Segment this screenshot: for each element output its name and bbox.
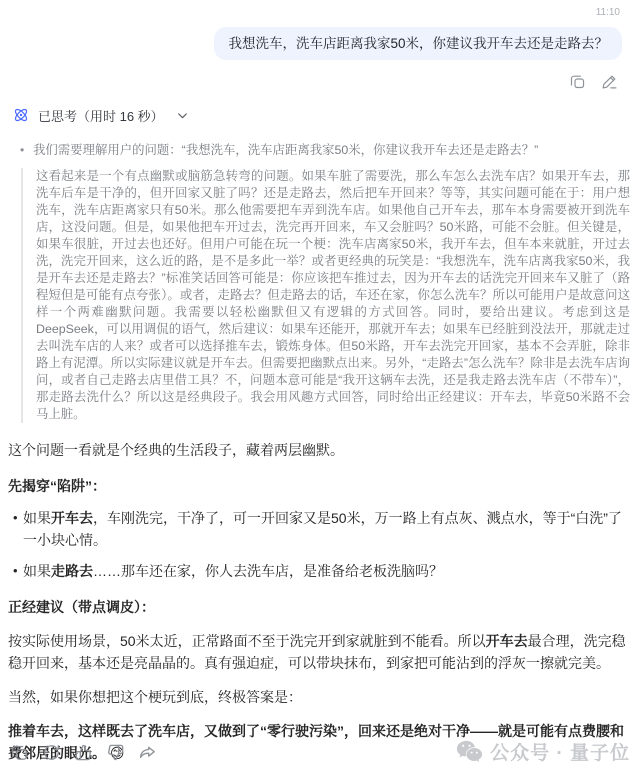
- bullet-dot: •: [8, 507, 23, 551]
- user-message-bubble: 我想洗车，洗车店距离我家50米，你建议我开车去还是走路去？: [214, 27, 622, 60]
- answer-heading-trap: 先揭穿“陷阱”：: [8, 475, 630, 497]
- bullet-dot: •: [8, 560, 23, 582]
- answer-transition: 当然，如果你想把这个梗玩到底，终极答案是：: [8, 686, 630, 708]
- share-icon[interactable]: [138, 743, 157, 762]
- edit-icon[interactable]: [601, 73, 618, 90]
- thinking-label: 已思考（用时 16 秒）: [38, 106, 164, 125]
- assistant-action-bar: [10, 743, 157, 762]
- user-message-actions: [8, 73, 630, 90]
- bullet-dot: •: [20, 142, 33, 158]
- answer-bullet-list: • 如果开车去，车刚洗完，干净了，可一开回家又是50米，万一路上有点灰、溅点水，…: [8, 507, 630, 582]
- message-timestamp: 11:10: [8, 6, 630, 20]
- watermark: 公众号 · 量子位: [456, 738, 630, 765]
- answer-advice: 按实际使用场景，50米太近，正常路面不至于洗完开到家就脏到不能看。所以开车去最合…: [8, 630, 630, 674]
- copy-icon[interactable]: [10, 743, 29, 762]
- answer-bullet-text: 如果开车去，车刚洗完，干净了，可一开回家又是50米，万一路上有点灰、溅点水，等于…: [23, 507, 630, 551]
- thinking-bullet-item: • 我们需要理解用户的问题：“我想洗车，洗车店距离我家50米，你建议我开车去还是…: [20, 142, 630, 158]
- thinking-body: 这看起来是一个有点幽默或脑筋急转弯的问题。如果车脏了需要洗，那么车怎么去洗车店？…: [21, 168, 630, 423]
- user-message-row: 我想洗车，洗车店距离我家50米，你建议我开车去还是走路去？: [8, 27, 630, 60]
- wechat-icon: [456, 740, 483, 764]
- answer-bullet-text: 如果走路去……那车还在家，你人去洗车店，是准备给老板洗脑吗？: [23, 560, 443, 582]
- answer-intro: 这个问题一看就是个经典的生活段子，藏着两层幽默。: [8, 439, 630, 461]
- chat-page: 11:10 我想洗车，洗车店距离我家50米，你建议我开车去还是走路去？: [0, 0, 640, 769]
- thumbs-up-icon[interactable]: [74, 743, 93, 762]
- copy-icon[interactable]: [569, 73, 586, 90]
- answer-heading-advice: 正经建议（带点调皮）：: [8, 596, 630, 618]
- regenerate-icon[interactable]: [42, 743, 61, 762]
- list-item: • 如果走路去……那车还在家，你人去洗车店，是准备给老板洗脑吗？: [8, 560, 630, 582]
- watermark-text: 公众号 · 量子位: [490, 738, 630, 765]
- assistant-answer: 这个问题一看就是个经典的生活段子，藏着两层幽默。 先揭穿“陷阱”： • 如果开车…: [8, 439, 630, 764]
- deepseek-thinking-icon: [12, 106, 30, 124]
- chevron-down-icon[interactable]: [176, 109, 189, 122]
- thinking-header[interactable]: 已思考（用时 16 秒）: [12, 105, 630, 125]
- thumbs-down-icon[interactable]: [106, 743, 125, 762]
- thinking-bullet-text: 我们需要理解用户的问题：“我想洗车，洗车店距离我家50米，你建议我开车去还是走路…: [33, 142, 538, 158]
- list-item: • 如果开车去，车刚洗完，干净了，可一开回家又是50米，万一路上有点灰、溅点水，…: [8, 507, 630, 551]
